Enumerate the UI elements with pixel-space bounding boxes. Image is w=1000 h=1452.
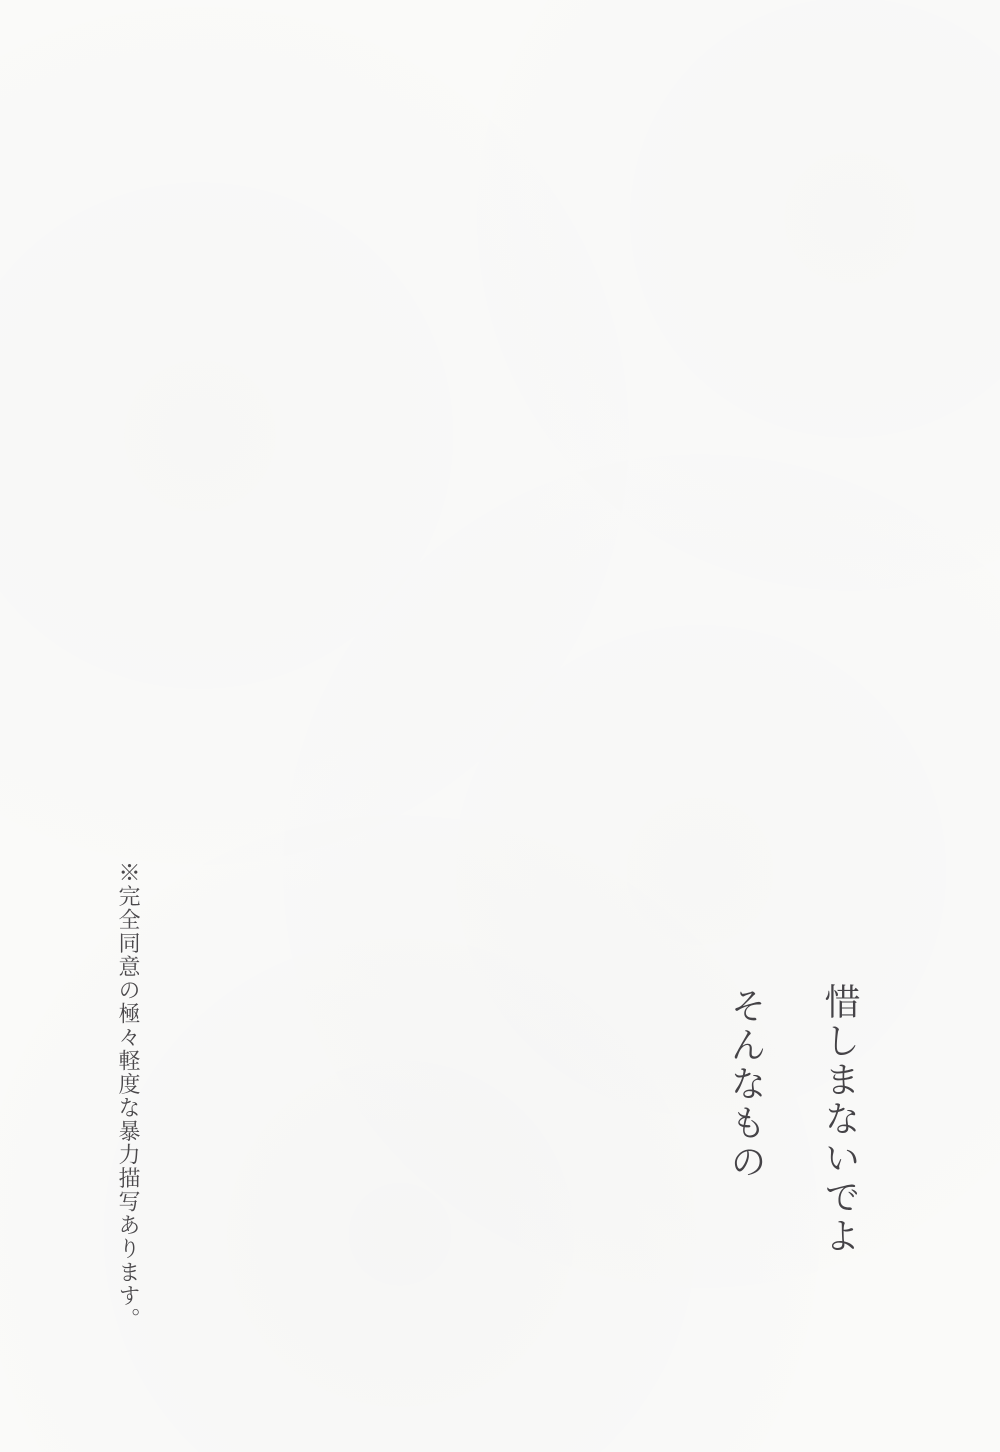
content-warning-note: ※完全同意の極々軽度な暴力描写あります。 (117, 861, 139, 1331)
scanned-page: { "page": { "background_color": "#fafaf9… (0, 0, 1000, 1452)
title-line-2: そんなもの (728, 987, 764, 1182)
title-line-1: 惜しまないでよ (822, 983, 858, 1256)
